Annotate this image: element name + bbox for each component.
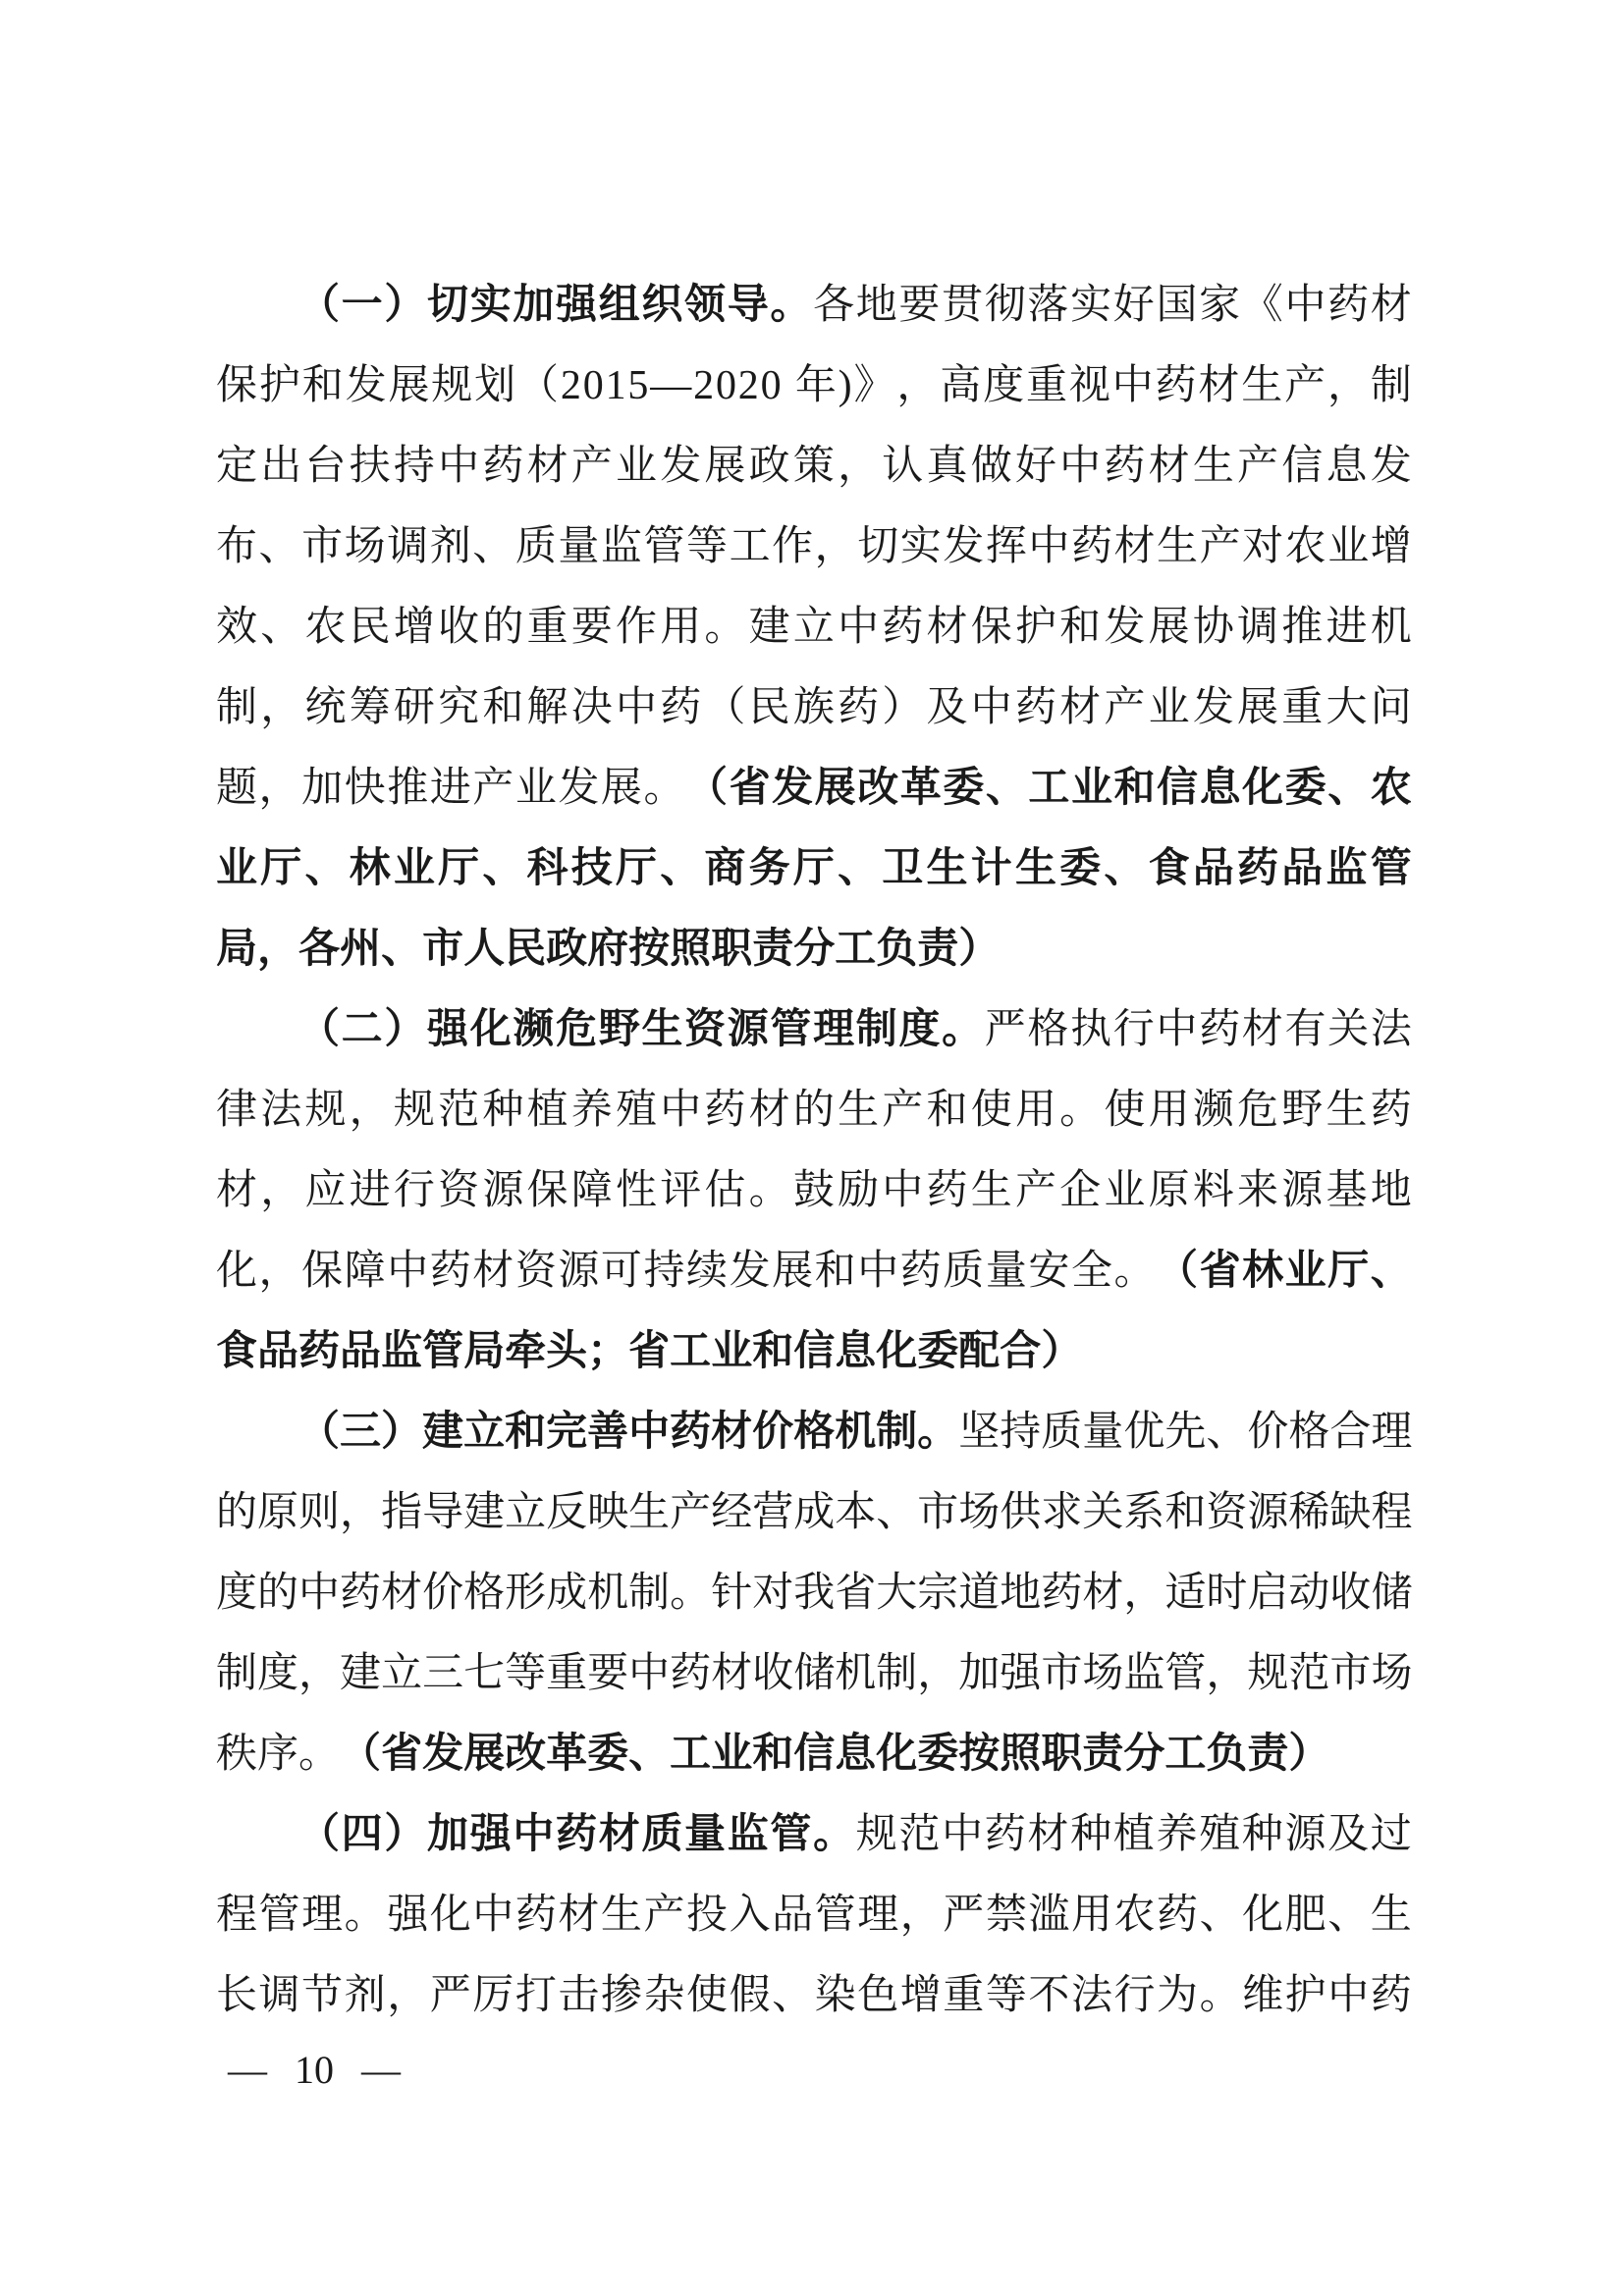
char-bold: 化 (876, 1714, 917, 1794)
char-bold: 委 (1059, 828, 1101, 909)
char: 作 (772, 507, 813, 587)
char-bold: 牵 (505, 1311, 546, 1392)
char: 认 (882, 426, 923, 507)
char: 大 (876, 1553, 917, 1633)
char: 。 (1113, 1231, 1155, 1311)
char: 和 (927, 1070, 968, 1150)
char-bold: 负 (876, 909, 917, 989)
char: 和 (482, 667, 523, 748)
char: 护 (1015, 587, 1056, 667)
char: 度 (983, 346, 1024, 426)
char: 中 (438, 426, 479, 507)
char: 统 (304, 667, 346, 748)
char-bold: 分 (793, 909, 835, 989)
char: 理 (857, 1875, 898, 1955)
char: 和 (815, 1231, 856, 1311)
char-bold: 业 (1071, 748, 1112, 828)
char: 重 (1026, 346, 1067, 426)
char: 省 (835, 1553, 876, 1633)
char: 管 (643, 507, 684, 587)
char: 5 (627, 346, 648, 426)
char-bold: 加 (513, 265, 554, 346)
char: 业 (616, 426, 657, 507)
char-bold: 、 (1104, 828, 1145, 909)
char: 药 (1104, 426, 1145, 507)
char-bold: 厅 (438, 828, 479, 909)
char-bold: 一 (342, 265, 383, 346)
char: 续 (686, 1231, 728, 1311)
char: 中 (616, 667, 657, 748)
char: 2 (738, 346, 759, 426)
char: 野 (1281, 1070, 1323, 1150)
char-bold: 强 (556, 265, 597, 346)
char: 监 (601, 507, 642, 587)
char: 材 (927, 587, 968, 667)
char: 量 (558, 507, 599, 587)
char: 。 (1200, 1955, 1241, 2036)
char-bold: 加 (427, 1794, 468, 1875)
char: 市 (1041, 1633, 1082, 1714)
char: 养 (1156, 1794, 1197, 1875)
char: 本 (835, 1472, 876, 1553)
text-line: （三）建立和完善中药材价格机制。坚持质量优先、价格合理 (216, 1392, 1412, 1472)
char-bold: 濒 (513, 989, 554, 1070)
char-bold: 质 (641, 1794, 682, 1875)
char-bold: 负 (1206, 1714, 1247, 1794)
char-bold: 责 (917, 909, 958, 989)
char-bold: 省 (1200, 1231, 1241, 1311)
char: 族 (793, 667, 835, 748)
char-bold: 。 (942, 989, 983, 1070)
char-bold: 食 (216, 1311, 257, 1392)
char-bold: 野 (599, 989, 640, 1070)
char-bold: 危 (556, 989, 597, 1070)
char: 维 (1242, 1955, 1283, 2036)
char: 布 (216, 507, 257, 587)
text-line: 效、农民增收的重要作用。建立中药材保护和发展协调推进机 (216, 587, 1412, 667)
char: 稀 (1288, 1472, 1329, 1553)
char: 作 (616, 587, 657, 667)
char: 高 (940, 346, 981, 426)
char: 。 (704, 587, 745, 667)
char-bold: 发 (422, 1714, 463, 1794)
char: 制 (628, 1553, 670, 1633)
paragraph-section-2: （二）强化濒危野生资源管理制度。严格执行中药材有关法律法规，规范种植养殖中药材的… (216, 989, 1412, 1392)
char-bold: 中 (628, 1392, 670, 1472)
paragraph-section-4: （四）加强中药材质量监管。规范中药材种植养殖种源及过程管理。强化中药材生产投入品… (216, 1794, 1412, 2036)
char-bold: 完 (546, 1392, 587, 1472)
char: 七 (463, 1633, 505, 1714)
char: 业 (1327, 507, 1369, 587)
char: 年 (795, 346, 837, 426)
char: ， (917, 1633, 958, 1714)
char-bold: （ (340, 1714, 381, 1794)
char: 鼓 (793, 1150, 835, 1231)
char-bold: 生 (641, 989, 682, 1070)
char-bold: 和 (752, 1311, 793, 1392)
char: 中 (387, 1231, 428, 1311)
char: 中 (1284, 265, 1326, 346)
char: 药 (1156, 346, 1197, 426)
char: 价 (422, 1553, 463, 1633)
char: 立 (505, 1472, 546, 1553)
char: 实 (1070, 265, 1111, 346)
char-bold: 委 (587, 1714, 628, 1794)
char: 药 (1199, 989, 1240, 1070)
char: 合 (1329, 1392, 1371, 1472)
char: 发 (730, 1231, 771, 1311)
char-bold: 工 (835, 909, 876, 989)
char: 基 (1326, 1150, 1367, 1231)
char: 、 (1327, 1875, 1369, 1955)
char: 决 (571, 667, 613, 748)
char-bold: 局 (216, 909, 257, 989)
char: 的 (482, 587, 523, 667)
char-bold: 厅 (1327, 1231, 1369, 1311)
char: 药 (1327, 265, 1369, 346)
char: 发 (1104, 587, 1145, 667)
char-bold: 品 (257, 1311, 298, 1392)
char: 生 (601, 1875, 642, 1955)
char: 生 (1193, 426, 1234, 507)
char: 剂 (430, 507, 471, 587)
char: ， (259, 748, 300, 828)
char: 性 (616, 1150, 657, 1231)
char: 机 (1371, 587, 1412, 667)
char: 药 (1015, 667, 1056, 748)
char: 和 (1164, 1472, 1206, 1553)
char: 源 (482, 1150, 523, 1231)
char: 调 (387, 507, 428, 587)
char-bold: 商 (704, 828, 745, 909)
char: 优 (1123, 1392, 1164, 1472)
char: 药 (927, 1150, 968, 1231)
char: 行 (1113, 989, 1155, 1070)
char: 用 (660, 587, 701, 667)
char: 台 (304, 426, 346, 507)
char: 过 (1371, 1794, 1412, 1875)
char-bold: 工 (1164, 1714, 1206, 1794)
char-bold: 和 (752, 1714, 793, 1794)
char: 发 (943, 507, 984, 587)
char: 杂 (643, 1955, 684, 2036)
char: 进 (350, 1150, 391, 1231)
char: 投 (686, 1875, 728, 1955)
char-bold: 和 (1113, 748, 1155, 828)
char: 持 (643, 1231, 684, 1311)
char: 推 (387, 748, 428, 828)
char-bold: 导 (728, 265, 769, 346)
char: 效 (216, 587, 257, 667)
char-bold: 品 (1193, 828, 1234, 909)
char-bold: 工 (670, 1714, 711, 1794)
char-bold: 化 (1242, 748, 1283, 828)
char-bold: ） (384, 989, 425, 1070)
char: 展 (601, 748, 642, 828)
char: 药 (900, 1231, 942, 1311)
char: 有 (1284, 989, 1326, 1070)
text-line: 题，加快推进产业发展。（省发展改革委、工业和信息化委、农 (216, 748, 1412, 828)
char-bold: 四 (342, 1794, 383, 1875)
char: 障 (571, 1150, 613, 1231)
char: 视 (1069, 346, 1110, 426)
char-bold: 职 (711, 909, 752, 989)
char: 规 (1247, 1633, 1288, 1714)
char: 入 (730, 1875, 771, 1955)
char-bold: 源 (728, 989, 769, 1070)
char: ， (900, 1875, 942, 1955)
char: 、 (472, 507, 514, 587)
char: 管 (259, 1875, 300, 1955)
char: 产 (1200, 507, 1241, 587)
char-bold: 改 (505, 1714, 546, 1794)
text-line: 长调节剂，严厉打击掺杂使假、染色增重等不法行为。维护中药 (216, 1955, 1412, 2036)
char-bold: 人 (463, 909, 505, 989)
char: 增 (900, 1955, 942, 2036)
char: 做 (971, 426, 1012, 507)
char: 律 (216, 1070, 257, 1150)
char: 材 (1113, 507, 1155, 587)
char: 1 (606, 346, 626, 426)
char: 击 (558, 1955, 599, 2036)
char: 护 (259, 346, 300, 426)
char: 应 (304, 1150, 346, 1231)
char-bold: 制 (876, 1392, 917, 1472)
char-bold: ） (1288, 1714, 1329, 1794)
char: 。 (670, 1553, 711, 1633)
char: 中 (1112, 346, 1154, 426)
char: 中 (1156, 989, 1197, 1070)
char: 源 (1247, 1472, 1288, 1553)
char: ） (882, 667, 923, 748)
char-bold: 配 (958, 1311, 1000, 1392)
char: 生 (971, 1150, 1012, 1231)
char: 重 (527, 587, 568, 667)
char: 厉 (472, 1955, 514, 2036)
char: 行 (1113, 1955, 1155, 2036)
char: 企 (1059, 1150, 1101, 1231)
char: 实 (900, 507, 942, 587)
char: 原 (1149, 1150, 1190, 1231)
char: 等 (986, 1955, 1027, 2036)
char: 民 (350, 587, 391, 667)
char: 持 (1000, 1392, 1041, 1472)
char: 展 (772, 1231, 813, 1311)
char: 范 (1288, 1633, 1329, 1714)
char: 等 (505, 1633, 546, 1714)
char: 原 (257, 1472, 298, 1553)
char: 生 (1157, 507, 1198, 587)
char-bold: ） (958, 909, 1000, 989)
char: 药 (1371, 1070, 1412, 1150)
char: 、 (772, 1955, 813, 2036)
char: 化 (1242, 1875, 1283, 1955)
char: 掺 (601, 1955, 642, 2036)
char: 中 (857, 1231, 898, 1311)
char: 定 (216, 426, 257, 507)
char: 重 (546, 1633, 587, 1714)
char: 产 (882, 1070, 923, 1150)
char-bold: 展 (815, 748, 856, 828)
char: 制 (216, 667, 257, 748)
char-bold: 责 (752, 909, 793, 989)
char: 、 (1206, 1392, 1247, 1472)
char: 范 (898, 1794, 940, 1875)
char: 药 (430, 1231, 471, 1311)
char: 肥 (1285, 1875, 1326, 1955)
char: 求 (1041, 1472, 1082, 1553)
char: 剂 (345, 1955, 386, 2036)
char: 制 (876, 1633, 917, 1714)
footer-dash-left: — (228, 2047, 267, 2093)
char: 贯 (942, 265, 983, 346)
char: 材 (1149, 426, 1190, 507)
char-bold: 按 (628, 909, 670, 989)
char: 法 (260, 1070, 301, 1150)
text-line: 保护和发展规划（2015—2020 年)》，高度重视中药材生产，制 (216, 346, 1412, 426)
char-bold: 业 (711, 1311, 752, 1392)
char: 用 (1071, 1875, 1112, 1955)
char: 息 (1326, 426, 1367, 507)
char-bold: 中 (513, 1794, 554, 1875)
char-bold: 品 (1281, 828, 1323, 909)
char: 机 (587, 1553, 628, 1633)
char: 市 (917, 1472, 958, 1553)
char: ， (260, 1150, 301, 1231)
char-bold: 委 (943, 748, 984, 828)
char: 保 (301, 1231, 343, 1311)
char-bold: 发 (772, 748, 813, 828)
char: 《 (1242, 265, 1283, 346)
char: 及 (927, 667, 968, 748)
text-line: 化，保障中药材资源可持续发展和中药质量安全。（省林业厅、 (216, 1231, 1412, 1311)
char: 化 (430, 1875, 471, 1955)
char: 关 (1082, 1472, 1123, 1553)
char: 三 (422, 1633, 463, 1714)
char: 和 (302, 346, 344, 426)
char: 价 (1247, 1392, 1288, 1472)
char-bold: 、 (482, 828, 523, 909)
char: 增 (1371, 507, 1412, 587)
char: 0 (716, 346, 736, 426)
char: 收 (752, 1633, 793, 1714)
char: （ (704, 667, 745, 748)
char-bold: 制 (856, 989, 897, 1070)
char-bold: ； (587, 1311, 628, 1392)
char-bold: 食 (1149, 828, 1190, 909)
char: （ (517, 346, 559, 426)
char-bold: 理 (813, 989, 854, 1070)
char-bold: 委 (917, 1311, 958, 1392)
char: 殖 (616, 1070, 657, 1150)
char-bold: 委 (1285, 748, 1326, 828)
char-bold: 科 (527, 828, 568, 909)
char: 材 (1242, 989, 1283, 1070)
char: 场 (345, 507, 386, 587)
char: 理 (301, 1875, 343, 1955)
char: 地 (1000, 1553, 1041, 1633)
char: 滥 (1028, 1875, 1069, 1955)
char: 用 (1149, 1070, 1190, 1150)
char: 中 (472, 1875, 514, 1955)
char: 动 (1288, 1553, 1329, 1633)
char: 强 (1000, 1633, 1041, 1714)
char-bold: 、 (628, 1714, 670, 1794)
char: 源 (1281, 1150, 1323, 1231)
char: 业 (1104, 1150, 1145, 1231)
char-bold: 药 (670, 1392, 711, 1472)
char: 展 (704, 426, 745, 507)
char: 、 (1200, 1875, 1241, 1955)
char-bold: 技 (571, 828, 613, 909)
char-bold: 照 (1000, 1714, 1041, 1794)
char: 行 (394, 1150, 435, 1231)
char: 种 (482, 1070, 523, 1150)
char: 究 (438, 667, 479, 748)
char: 产 (1015, 1150, 1056, 1231)
text-line: 食品药品监管局牵头；省工业和信息化委配合） (216, 1311, 1412, 1392)
char: 立 (793, 587, 835, 667)
char: 关 (1327, 989, 1369, 1070)
char-bold: 省 (628, 1311, 670, 1392)
char: 生 (1326, 1070, 1367, 1150)
char: 先 (1164, 1392, 1206, 1472)
char: 展 (1149, 587, 1190, 667)
char-bold: 价 (752, 1392, 793, 1472)
char: 质 (515, 507, 557, 587)
char: 的 (257, 1553, 298, 1633)
char: 家 (1199, 265, 1240, 346)
char-bold: 。 (770, 265, 811, 346)
char: 规 (394, 1070, 435, 1150)
char: 对 (752, 1553, 793, 1633)
text-line: 度的中药材价格形成机制。针对我省大宗道地药材，适时启动收储 (216, 1553, 1412, 1633)
char-bold: 监 (728, 1794, 769, 1875)
char: 障 (345, 1231, 386, 1311)
char: 濒 (1193, 1070, 1234, 1150)
char: 产 (1104, 667, 1145, 748)
char: 材 (749, 1070, 790, 1150)
char: 范 (438, 1070, 479, 1150)
char: 则 (298, 1472, 340, 1553)
char: 规 (304, 1070, 346, 1150)
char: 产 (1237, 426, 1278, 507)
char: 启 (1247, 1553, 1288, 1633)
char-bold: 、 (986, 748, 1027, 828)
char: 建 (749, 587, 790, 667)
char-bold: 度 (898, 989, 940, 1070)
char-bold: 切 (427, 265, 468, 346)
char: 产 (1284, 346, 1326, 426)
char: 中 (1028, 507, 1069, 587)
char: 量 (986, 1231, 1027, 1311)
char: 反 (546, 1472, 587, 1553)
char-bold: 业 (394, 828, 435, 909)
char: 储 (793, 1633, 835, 1714)
char: — (650, 346, 691, 426)
char: 快 (345, 748, 386, 828)
char-bold: 府 (587, 909, 628, 989)
char: 0 (761, 346, 782, 426)
char-bold: 材 (711, 1392, 752, 1472)
char: 药 (670, 1633, 711, 1714)
char: 、 (259, 507, 300, 587)
char: 机 (835, 1633, 876, 1714)
char: 使 (971, 1070, 1012, 1150)
char: 指 (381, 1472, 422, 1553)
char: 护 (1285, 1955, 1326, 2036)
char: 、 (260, 587, 301, 667)
